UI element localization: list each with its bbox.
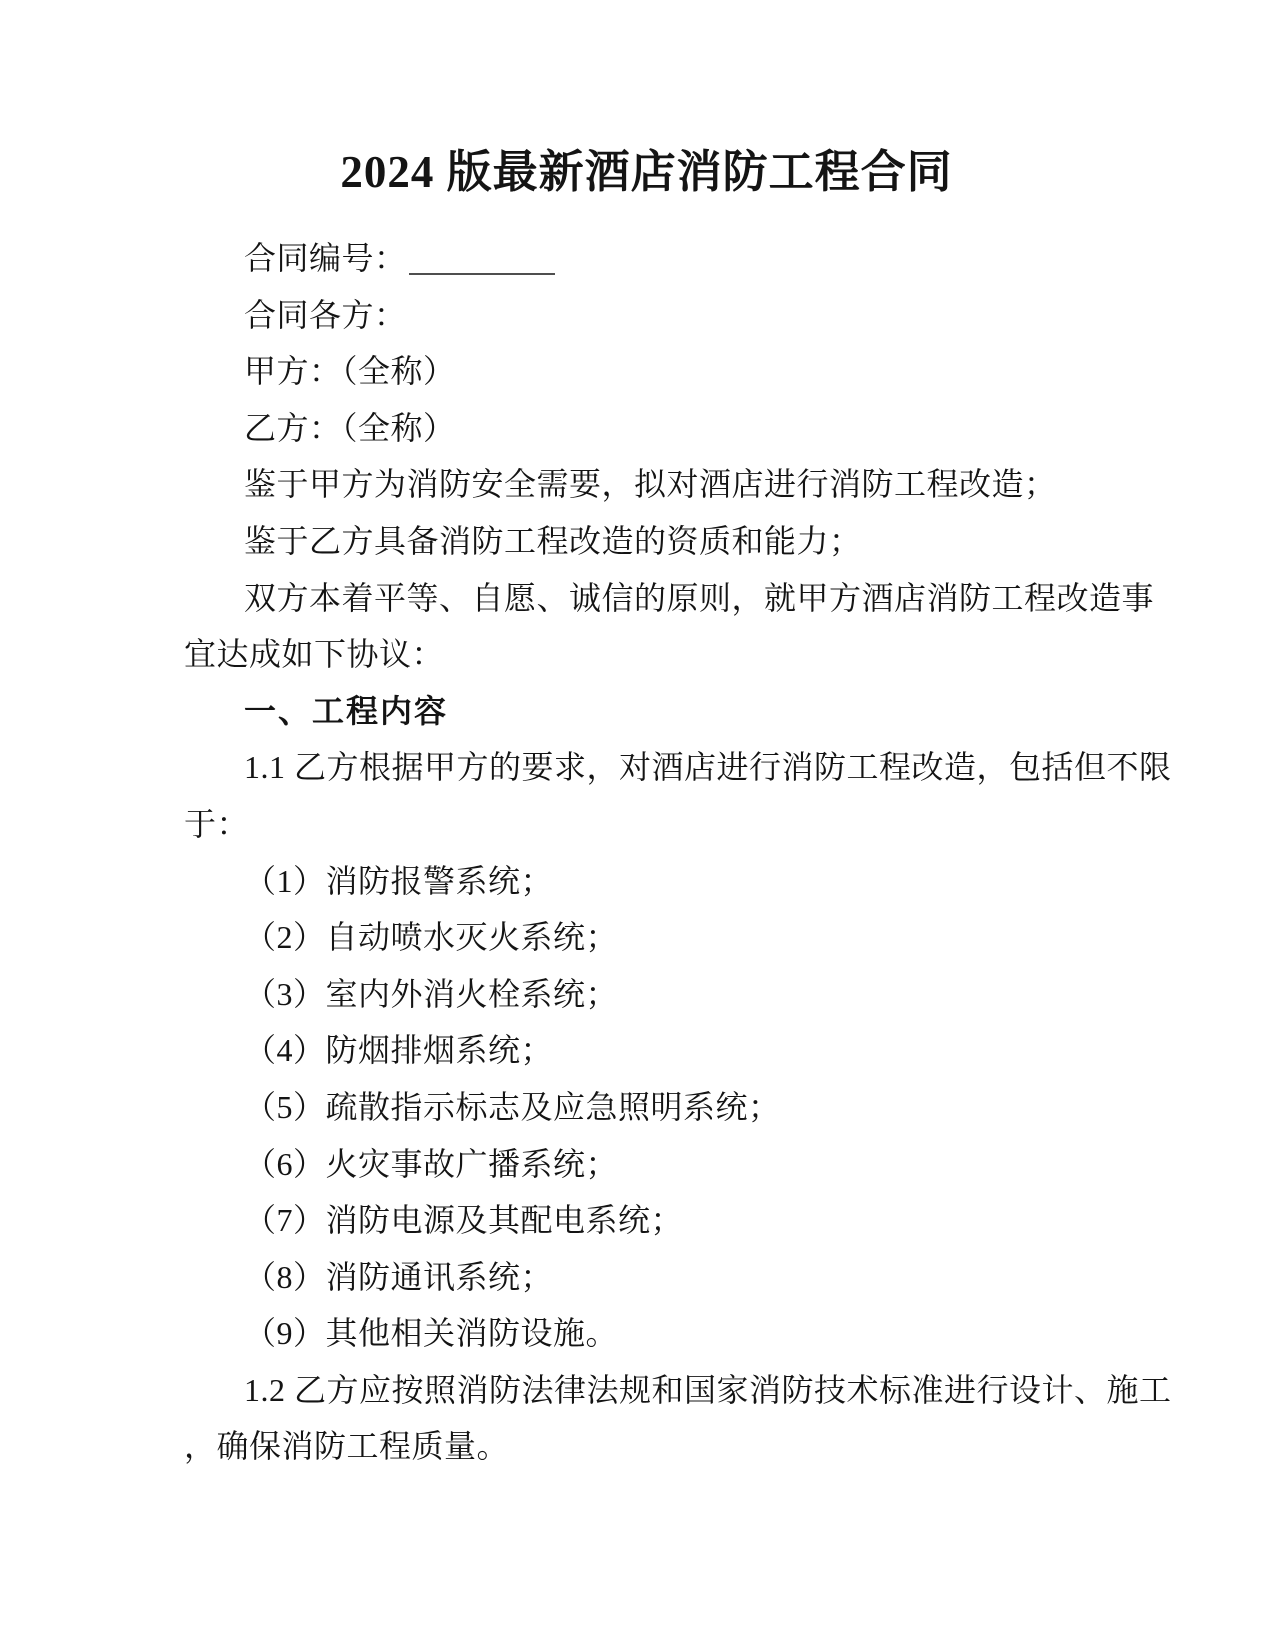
list-item: （7）消防电源及其配电系统； <box>184 1192 1109 1249</box>
section-heading: 一、工程内容 <box>184 683 1109 740</box>
list-item: （2）自动喷水灭火系统； <box>184 909 1109 966</box>
document-content: 2024 版最新酒店消防工程合同 合同编号： 合同各方： 甲方：（全称） 乙方：… <box>184 0 1109 1475</box>
document-page: 2024 版最新酒店消防工程合同 合同编号： 合同各方： 甲方：（全称） 乙方：… <box>0 0 1275 1650</box>
paragraph-line: 鉴于甲方为消防安全需要，拟对酒店进行消防工程改造； <box>184 456 1109 513</box>
list-item: （6）火灾事故广播系统； <box>184 1136 1109 1193</box>
contract-number-blank <box>409 243 555 275</box>
paragraph-line: 合同各方： <box>184 287 1109 344</box>
list-item: （1）消防报警系统； <box>184 853 1109 910</box>
paragraph-line: 鉴于乙方具备消防工程改造的资质和能力； <box>184 513 1109 570</box>
paragraph-line: 宜达成如下协议： <box>184 626 1109 683</box>
list-item: （9）其他相关消防设施。 <box>184 1305 1109 1362</box>
list-item: （8）消防通讯系统； <box>184 1249 1109 1306</box>
list-item: （4）防烟排烟系统； <box>184 1022 1109 1079</box>
contract-number-label: 合同编号： <box>244 240 407 276</box>
clause-line: 1.1 乙方根据甲方的要求，对酒店进行消防工程改造，包括但不限 <box>184 739 1109 796</box>
party-b-line: 乙方：（全称） <box>184 400 1109 457</box>
clause-line: 1.2 乙方应按照消防法律法规和国家消防技术标准进行设计、施工 <box>184 1362 1109 1419</box>
list-item: （3）室内外消火栓系统； <box>184 966 1109 1023</box>
contract-number-line: 合同编号： <box>184 230 1109 287</box>
clause-line: ，确保消防工程质量。 <box>184 1418 1109 1475</box>
list-item: （5）疏散指示标志及应急照明系统； <box>184 1079 1109 1136</box>
document-body: 合同编号： 合同各方： 甲方：（全称） 乙方：（全称） 鉴于甲方为消防安全需要，… <box>184 230 1109 1475</box>
document-title: 2024 版最新酒店消防工程合同 <box>184 140 1109 204</box>
party-a-line: 甲方：（全称） <box>184 343 1109 400</box>
paragraph-line: 双方本着平等、自愿、诚信的原则，就甲方酒店消防工程改造事 <box>184 570 1109 627</box>
clause-line: 于： <box>184 796 1109 853</box>
